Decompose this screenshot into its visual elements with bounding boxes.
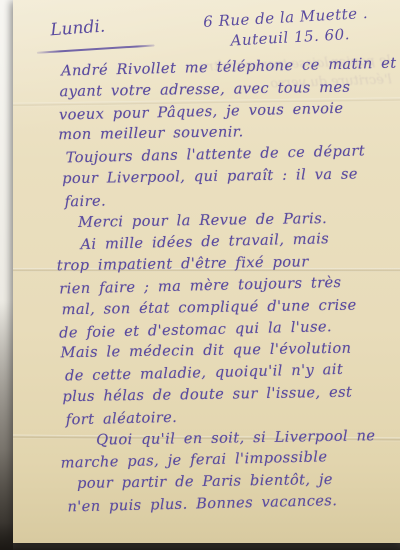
letter-body: André Rivollet me téléphone ce matin et … xyxy=(57,53,399,517)
day-line: Lundi. xyxy=(50,16,106,40)
letter-paper: le papier laisse transparaître l'écritur… xyxy=(13,0,400,543)
day-underline xyxy=(37,44,155,53)
letter-content: 6 Rue de la Muette . Auteuil 15. 60. Lun… xyxy=(8,0,400,547)
address-line-2: Auteuil 15. 60. xyxy=(230,25,350,49)
scanned-letter-photo: { "letter": { "address_line1": "6 Rue de… xyxy=(0,0,400,550)
scan-edge-shadow xyxy=(0,300,13,550)
